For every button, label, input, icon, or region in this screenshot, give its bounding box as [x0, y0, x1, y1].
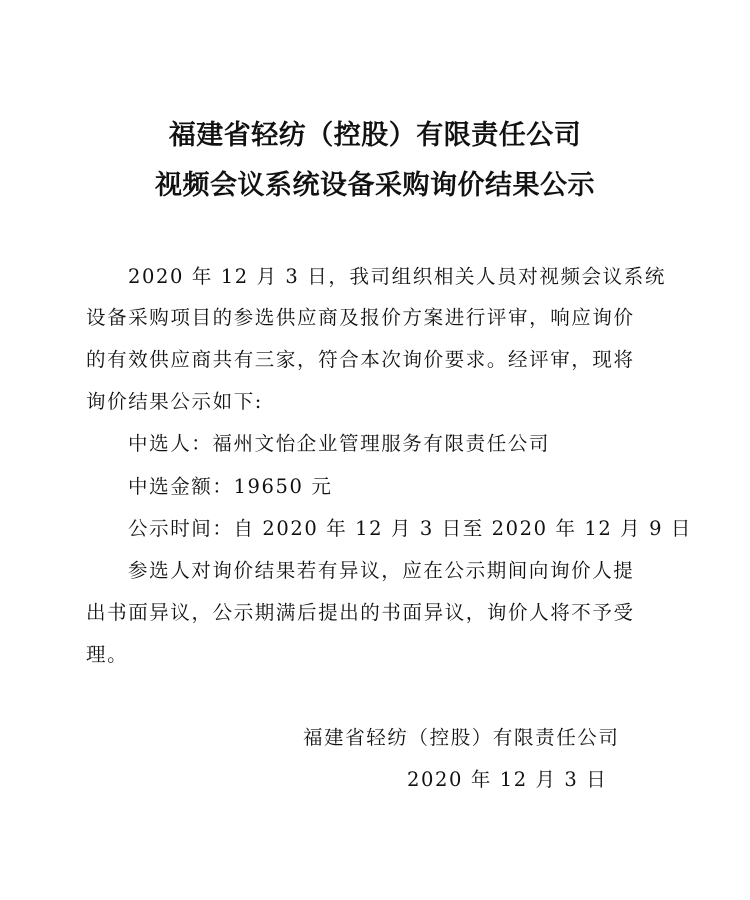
signature-company: 福建省轻纺（控股）有限责任公司 [303, 722, 620, 750]
title-notice: 视频会议系统设备采购询价结果公示 [0, 163, 750, 202]
paragraph-line: 设备采购项目的参选供应商及报价方案进行评审，响应询价 [86, 302, 635, 330]
winner-line: 中选人：福州文怡企业管理服务有限责任公司 [128, 428, 550, 456]
objection-line: 出书面异议，公示期满后提出的书面异议，询价人将不予受 [86, 597, 635, 625]
title-company: 福建省轻纺（控股）有限责任公司 [0, 113, 750, 152]
objection-line: 理。 [86, 639, 128, 667]
period-line: 公示时间：自 2020 年 12 月 3 日至 2020 年 12 月 9 日 [128, 513, 692, 541]
signature-date: 2020 年 12 月 3 日 [407, 764, 607, 792]
paragraph-line: 询价结果公示如下: [86, 386, 263, 414]
amount-line: 中选金额：19650 元 [128, 471, 332, 499]
paragraph-line: 的有效供应商共有三家，符合本次询价要求。经评审，现将 [86, 344, 635, 372]
paragraph-line: 2020 年 12 月 3 日，我司组织相关人员对视频会议系统 [128, 261, 666, 289]
objection-line: 参选人对询价结果若有异议，应在公示期间向询价人提 [128, 555, 634, 583]
